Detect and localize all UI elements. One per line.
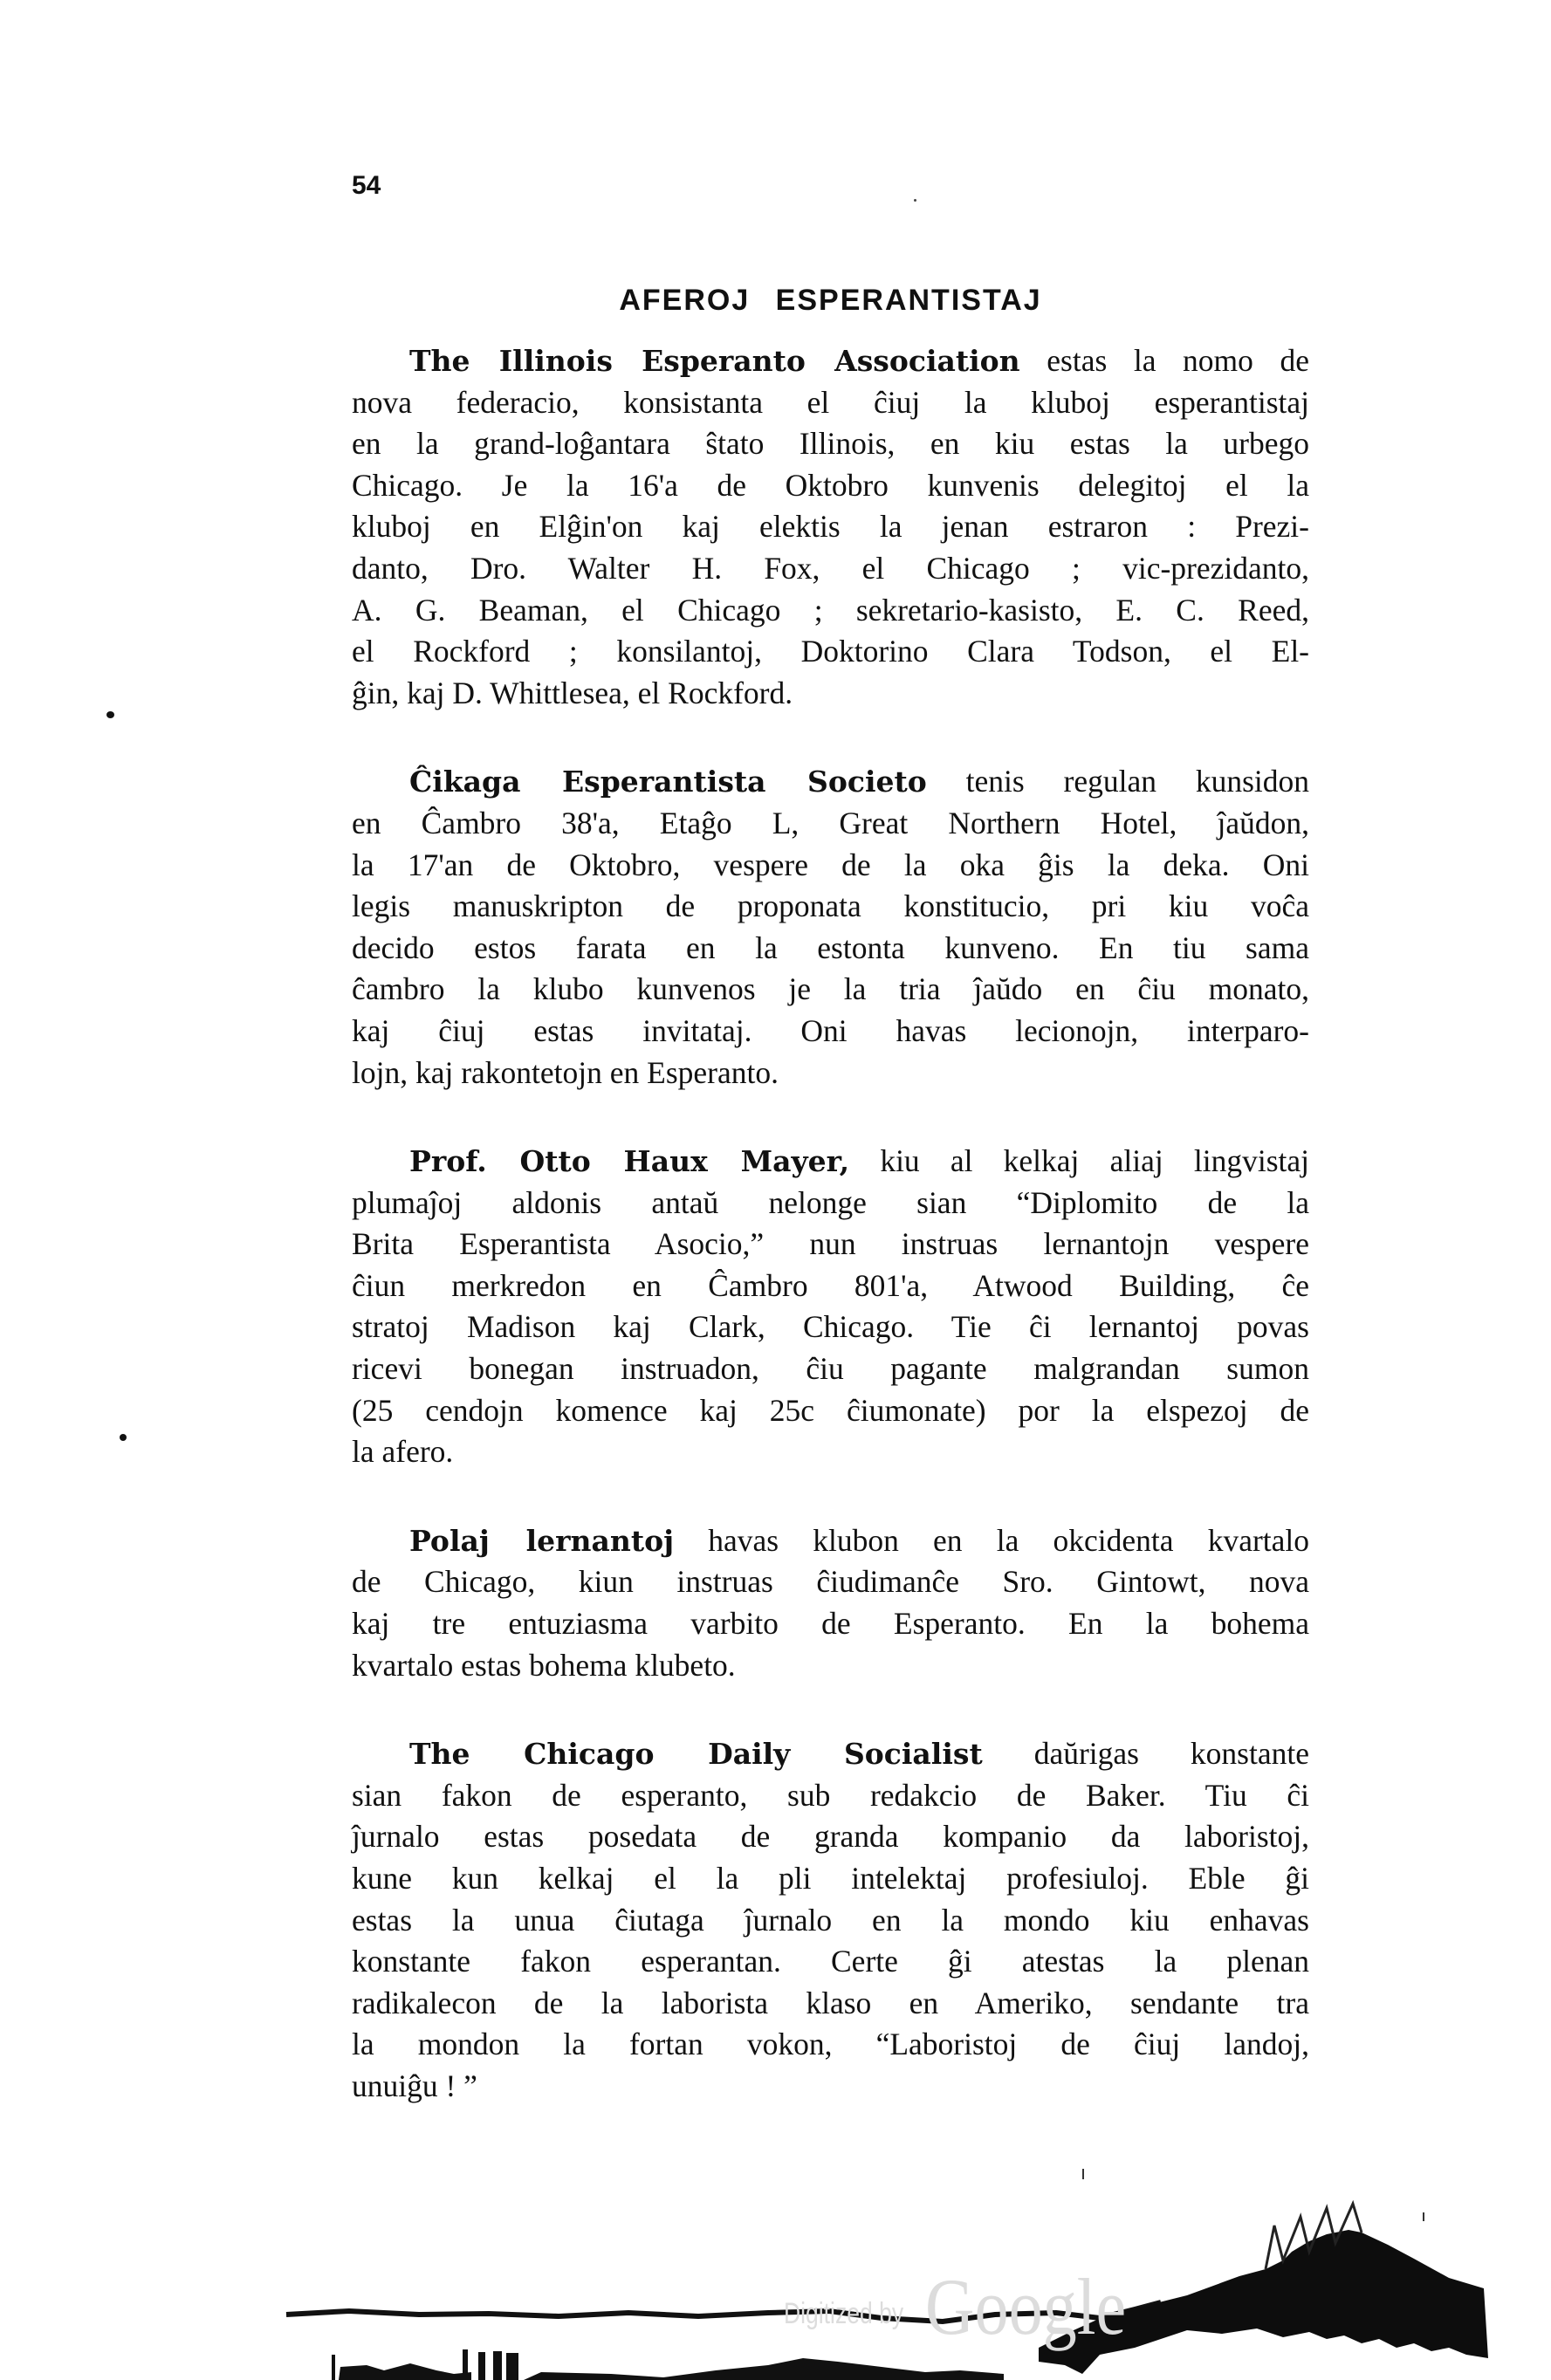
- paragraph-daily-socialist: The Chicago Daily Socialist daŭrigas kon…: [352, 1733, 1309, 2107]
- paragraph-prof-mayer: Prof. Otto Haux Mayer, kiu al kelkaj ali…: [352, 1141, 1309, 1473]
- paragraph-line: unuiĝu ! ”: [352, 2066, 1309, 2108]
- paragraph-line: A. G. Beaman, el Chicago ; sekretario-ka…: [352, 590, 1309, 632]
- digitized-by-label: Digitized by: [784, 2297, 903, 2331]
- paragraph-cikaga-societo: Ĉikaga Esperantista Societo tenis regula…: [352, 761, 1309, 1094]
- paragraph-line: kvartalo estas bohema klubeto.: [352, 1645, 1309, 1687]
- paragraph-line: de Chicago, kiun instruas ĉiudimanĉe Sro…: [352, 1561, 1309, 1603]
- paragraph-line: ĵurnalo estas posedata de granda kompani…: [352, 1816, 1309, 1858]
- paragraph-line: stratoj Madison kaj Clark, Chicago. Tie …: [352, 1307, 1309, 1348]
- paragraph-line: el Rockford ; konsilantoj, Doktorino Cla…: [352, 631, 1309, 673]
- paragraph-line: kaj tre entuziasma varbito de Esperanto.…: [352, 1603, 1309, 1645]
- paragraph-lead: The Illinois Esperanto Association: [409, 344, 1020, 378]
- paragraph-line: Chicago. Je la 16'a de Oktobro kunvenis …: [352, 465, 1309, 507]
- paragraph-line: estas la unua ĉiutaga ĵurnalo en la mond…: [352, 1900, 1309, 1942]
- margin-mark: [120, 1434, 127, 1441]
- paragraph-line: The Illinois Esperanto Association estas…: [352, 340, 1309, 382]
- paragraph-lead: Polaj lernantoj: [409, 1524, 674, 1558]
- margin-mark: [106, 711, 114, 718]
- article-body: The Illinois Esperanto Association estas…: [352, 340, 1309, 2155]
- scan-edge-artifacts: [0, 2164, 1551, 2380]
- paragraph-line: Ĉikaga Esperantista Societo tenis regula…: [352, 761, 1309, 803]
- paragraph-line: ĉiun merkredon en Ĉambro 801'a, Atwood B…: [352, 1265, 1309, 1307]
- paragraph-line: la afero.: [352, 1431, 1309, 1473]
- paragraph-line: kaj ĉiuj estas invitataj. Oni havas leci…: [352, 1011, 1309, 1053]
- paragraph-line: kluboj en Elĝin'on kaj elektis la jenan …: [352, 506, 1309, 548]
- paragraph-line: ricevi bonegan instruadon, ĉiu pagante m…: [352, 1348, 1309, 1390]
- paragraph-line: Polaj lernantoj havas klubon en la okcid…: [352, 1520, 1309, 1562]
- paragraph-line: en Ĉambro 38'a, Etaĝo L, Great Northern …: [352, 803, 1309, 845]
- paragraph-line: legis manuskripton de proponata konstitu…: [352, 886, 1309, 928]
- paragraph-line: lojn, kaj rakontetojn en Esperanto.: [352, 1053, 1309, 1094]
- paragraph-line: radikalecon de la laborista klaso en Ame…: [352, 1983, 1309, 2025]
- paragraph-line: nova federacio, konsistanta el ĉiuj la k…: [352, 382, 1309, 424]
- paragraph-lead: Ĉikaga Esperantista Societo: [409, 765, 927, 799]
- paragraph-line: The Chicago Daily Socialist daŭrigas kon…: [352, 1733, 1309, 1775]
- paragraph-line: en la grand-loĝantara ŝtato Illinois, en…: [352, 423, 1309, 465]
- paragraph-line: Brita Esperantista Asocio,” nun instruas…: [352, 1224, 1309, 1265]
- paragraph-line: ĉambro la klubo kunvenos je la tria ĵaŭd…: [352, 969, 1309, 1011]
- page-title: AFEROJ ESPERANTISTAJ: [352, 281, 1309, 319]
- paragraph-line: konstante fakon esperantan. Certe ĝi ate…: [352, 1941, 1309, 1983]
- paragraph-illinois-association: The Illinois Esperanto Association estas…: [352, 340, 1309, 714]
- paragraph-lead: The Chicago Daily Socialist: [409, 1737, 983, 1771]
- paragraph-line: danto, Dro. Walter H. Fox, el Chicago ; …: [352, 548, 1309, 590]
- paragraph-line: la mondon la fortan vokon, “Laboristoj d…: [352, 2024, 1309, 2066]
- paragraph-line: plumaĵoj aldonis antaŭ nelonge sian “Dip…: [352, 1183, 1309, 1224]
- paragraph-line: ĝin, kaj D. Whittlesea, el Rockford.: [352, 673, 1309, 715]
- paragraph-line: decido estos farata en la estonta kunven…: [352, 928, 1309, 970]
- scan-speck: [914, 199, 916, 202]
- google-watermark-logo: Google: [925, 2260, 1126, 2353]
- paragraph-line: kune kun kelkaj el la pli intelektaj pro…: [352, 1858, 1309, 1900]
- paragraph-line: sian fakon de esperanto, sub redakcio de…: [352, 1775, 1309, 1817]
- paragraph-lead: Prof. Otto Haux Mayer,: [409, 1144, 849, 1178]
- paragraph-line: la 17'an de Oktobro, vespere de la oka ĝ…: [352, 845, 1309, 887]
- page-number: 54: [352, 171, 381, 201]
- paragraph-polaj-lernantoj: Polaj lernantoj havas klubon en la okcid…: [352, 1520, 1309, 1686]
- paragraph-line: Prof. Otto Haux Mayer, kiu al kelkaj ali…: [352, 1141, 1309, 1183]
- paragraph-line: (25 cendojn komence kaj 25c ĉiumonate) p…: [352, 1390, 1309, 1432]
